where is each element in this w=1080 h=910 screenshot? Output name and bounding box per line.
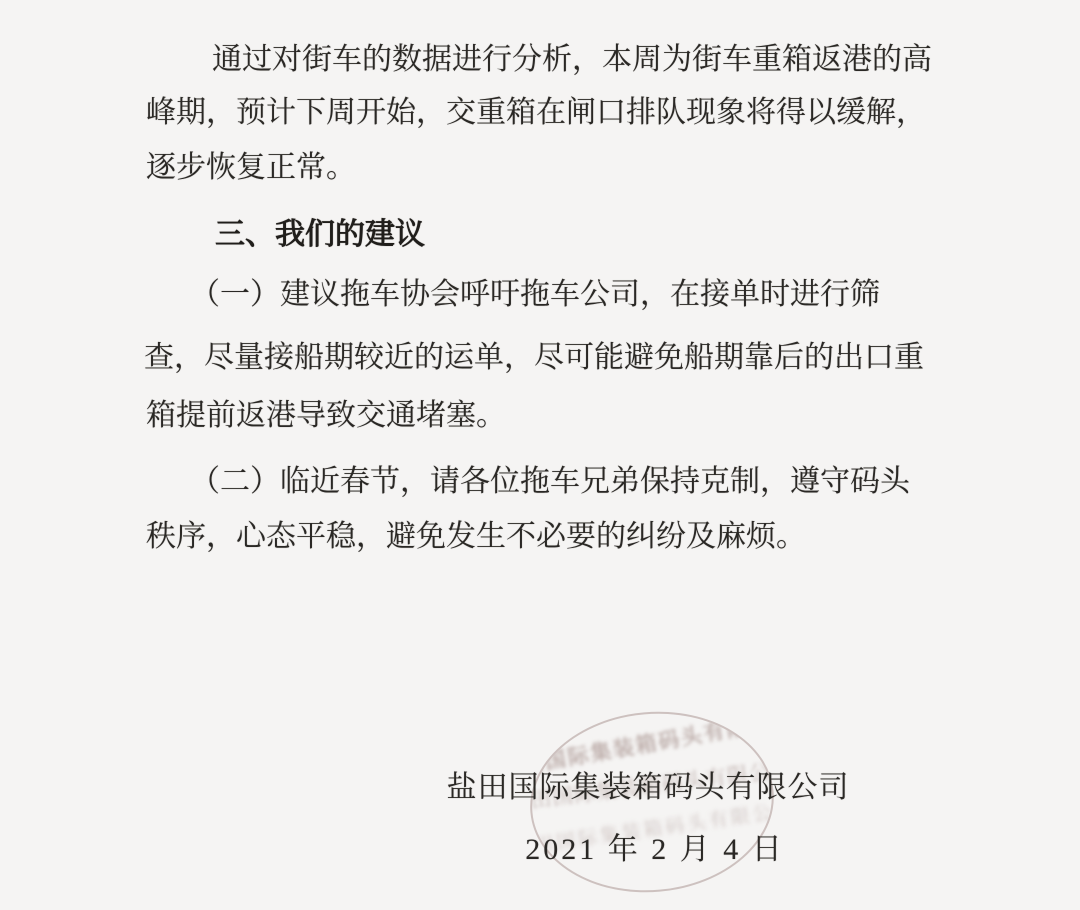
scanned-notice-page: 通过对街车的数据进行分析，本周为街车重箱返港的高 峰期，预计下周开始，交重箱在闸… [0, 0, 1080, 910]
signature-company-name: 盐田国际集装箱码头有限公司 [447, 762, 850, 806]
paragraph-line: （一）建议拖车协会呼吁拖车公司，在接单时进行筛 [190, 277, 880, 313]
paragraph-line: 通过对街车的数据进行分析，本周为街车重箱返港的高 [212, 42, 932, 78]
paragraph-line: 逐步恢复正常。 [146, 150, 356, 186]
paragraph-line: 箱提前返港导致交通堵塞。 [146, 398, 506, 434]
paragraph-line: 查，尽量接船期较近的运单，尽可能避免船期靠后的出口重 [144, 340, 924, 376]
paragraph-line: （二）临近春节，请各位拖车兄弟保持克制，遵守码头 [190, 464, 910, 500]
section-heading: 三、我们的建议 [215, 217, 425, 253]
signature-date: 2021 年 2 月 4 日 [525, 824, 785, 868]
paragraph-line: 峰期，预计下周开始，交重箱在闸口排队现象将得以缓解， [146, 95, 926, 131]
paragraph-line: 秩序，心态平稳，避免发生不必要的纠纷及麻烦。 [146, 519, 806, 555]
